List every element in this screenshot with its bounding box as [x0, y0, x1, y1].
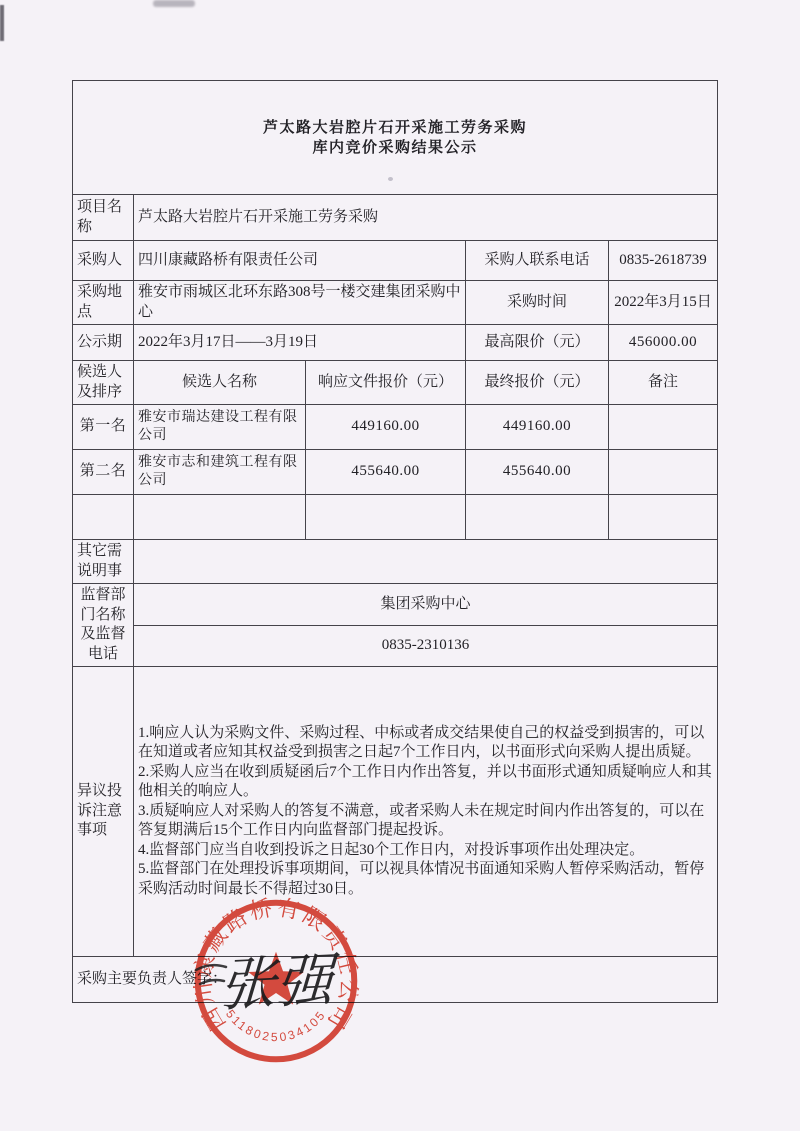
- buyer-row: 采购人 四川康藏路桥有限责任公司 采购人联系电话 0835-2618739: [73, 241, 718, 281]
- candidate-bid: [306, 495, 466, 540]
- candidate-note: [609, 495, 718, 540]
- candidate-name: [134, 495, 306, 540]
- col-rank-header: 候选人及排序: [73, 361, 134, 405]
- candidate-rank: 第二名: [73, 450, 134, 495]
- signature-graphic: 张强: [190, 936, 370, 1024]
- scan-edge-mark: [0, 5, 4, 41]
- signature-name-text: 张强: [218, 949, 341, 1018]
- candidate-final: 455640.00: [466, 450, 609, 495]
- buyer-phone-value: 0835-2618739: [609, 241, 718, 281]
- project-row: 项目名称 芦太路大岩腔片石开采施工劳务采购: [73, 195, 718, 241]
- candidate-row-1: 第一名 雅安市瑞达建设工程有限公司 449160.00 449160.00: [73, 405, 718, 450]
- candidates-header-row: 候选人及排序 候选人名称 响应文件报价（元） 最终报价（元） 备注: [73, 361, 718, 405]
- col-bid-header: 响应文件报价（元）: [306, 361, 466, 405]
- candidate-row-2: 第二名 雅安市志和建筑工程有限公司 455640.00 455640.00: [73, 450, 718, 495]
- objection-item-1: 1.响应人认为采购文件、采购过程、中标或者成交结果使自己的权益受到损害的，可以在…: [138, 724, 713, 763]
- objection-item-5: 5.监督部门在处理投诉事项期间，可以视具体情况书面通知采购人暂停采购活动，暂停采…: [138, 860, 713, 899]
- max-price-label: 最高限价（元）: [466, 325, 609, 361]
- objection-item-4: 4.监督部门应当自收到投诉之日起30个工作日内，对投诉事项作出处理决定。: [138, 841, 713, 861]
- handwritten-signature: 张强: [190, 936, 370, 1024]
- candidate-name: 雅安市瑞达建设工程有限公司: [134, 405, 306, 450]
- location-label: 采购地点: [73, 281, 134, 325]
- publicity-period-label: 公示期: [73, 325, 134, 361]
- candidate-bid: 455640.00: [306, 450, 466, 495]
- location-row: 采购地点 雅安市雨城区北环东路308号一楼交建集团采购中心 采购时间 2022年…: [73, 281, 718, 325]
- signature-row: 采购主要负责人签字：: [73, 957, 718, 1003]
- supervision-row-2: 0835-2310136: [73, 625, 718, 667]
- location-value: 雅安市雨城区北环东路308号一楼交建集团采购中心: [134, 281, 466, 325]
- max-price-value: 456000.00: [609, 325, 718, 361]
- candidate-name: 雅安市志和建筑工程有限公司: [134, 450, 306, 495]
- candidate-note: [609, 405, 718, 450]
- title-line-2: 库内竞价采购结果公示: [77, 138, 713, 158]
- scan-smudge: [153, 0, 195, 7]
- objection-item-2: 2.采购人应当在收到质疑函后7个工作日内作出答复，并以书面形式通知质疑响应人和其…: [138, 763, 713, 802]
- purchase-time-label: 采购时间: [466, 281, 609, 325]
- candidate-final: 449160.00: [466, 405, 609, 450]
- project-name-value: 芦太路大岩腔片石开采施工劳务采购: [134, 195, 718, 241]
- procurement-result-table: 芦太路大岩腔片石开采施工劳务采购 库内竞价采购结果公示 项目名称 芦太路大岩腔片…: [72, 80, 718, 1003]
- candidate-final: [466, 495, 609, 540]
- objection-item-3: 3.质疑响应人对采购人的答复不满意，或者采购人未在规定时间内作出答复的，可以在答…: [138, 802, 713, 841]
- other-notes-value: [134, 540, 718, 584]
- col-note-header: 备注: [609, 361, 718, 405]
- publicity-period-value: 2022年3月17日——3月19日: [134, 325, 466, 361]
- col-name-header: 候选人名称: [134, 361, 306, 405]
- supervision-department: 集团采购中心: [134, 584, 718, 626]
- other-notes-label: 其它需说明事: [73, 540, 134, 584]
- candidate-rank: [73, 495, 134, 540]
- buyer-label: 采购人: [73, 241, 134, 281]
- document-title: 芦太路大岩腔片石开采施工劳务采购 库内竞价采购结果公示: [73, 81, 718, 195]
- objection-label: 异议投诉注意事项: [73, 667, 134, 957]
- candidate-note: [609, 450, 718, 495]
- objection-row: 异议投诉注意事项 1.响应人认为采购文件、采购过程、中标或者成交结果使自己的权益…: [73, 667, 718, 957]
- buyer-phone-label: 采购人联系电话: [466, 241, 609, 281]
- title-row: 芦太路大岩腔片石开采施工劳务采购 库内竞价采购结果公示: [73, 81, 718, 195]
- supervision-label: 监督部门名称及监督电话: [73, 584, 134, 667]
- candidate-row-empty: [73, 495, 718, 540]
- signature-label: 采购主要负责人签字：: [73, 957, 718, 1003]
- supervision-row-1: 监督部门名称及监督电话 集团采购中心: [73, 584, 718, 626]
- supervision-phone: 0835-2310136: [134, 625, 718, 667]
- purchase-time-value: 2022年3月15日: [609, 281, 718, 325]
- publicity-row: 公示期 2022年3月17日——3月19日 最高限价（元） 456000.00: [73, 325, 718, 361]
- scanned-document-page: 芦太路大岩腔片石开采施工劳务采购 库内竞价采购结果公示 项目名称 芦太路大岩腔片…: [0, 0, 800, 1131]
- title-line-1: 芦太路大岩腔片石开采施工劳务采购: [77, 118, 713, 138]
- other-notes-row: 其它需说明事: [73, 540, 718, 584]
- buyer-value: 四川康藏路桥有限责任公司: [134, 241, 466, 281]
- candidate-rank: 第一名: [73, 405, 134, 450]
- col-final-header: 最终报价（元）: [466, 361, 609, 405]
- candidate-bid: 449160.00: [306, 405, 466, 450]
- project-name-label: 项目名称: [73, 195, 134, 241]
